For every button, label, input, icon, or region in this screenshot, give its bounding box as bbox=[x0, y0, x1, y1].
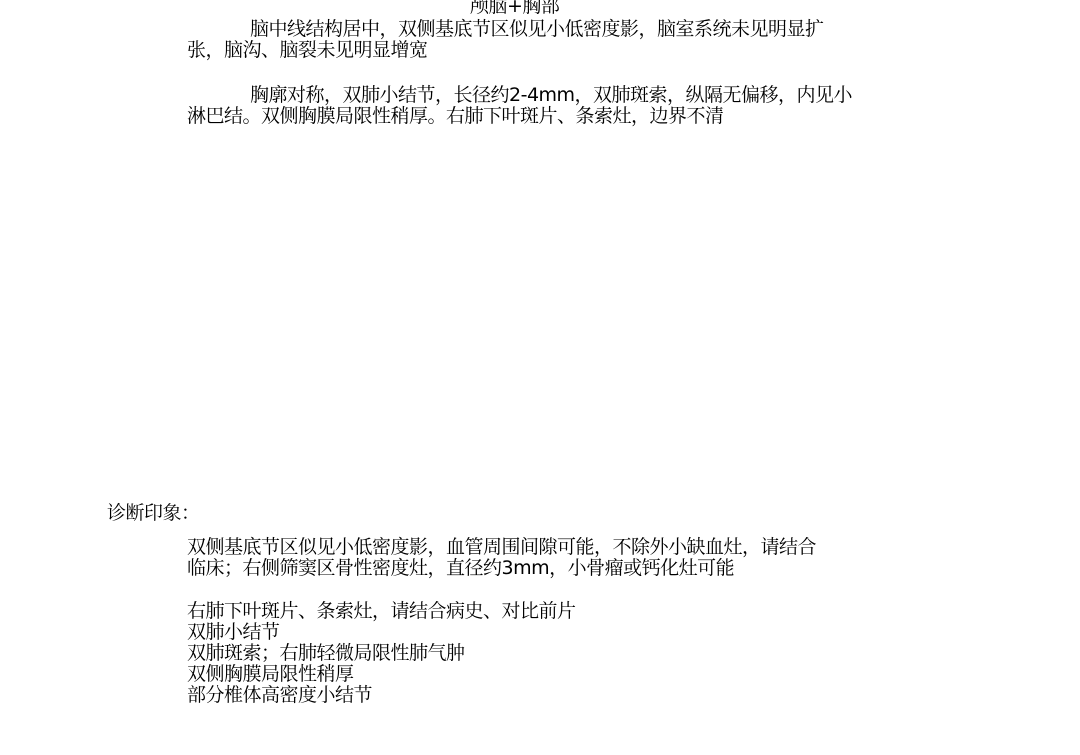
impression-brain-line-1: 双侧基底节区似见小低密度影，血管周围间隙可能，不除外小缺血灶，请结合 bbox=[187, 537, 932, 558]
findings-brain-line-1: 脑中线结构居中，双侧基底节区似见小低密度影，脑室系统未见明显扩 bbox=[187, 19, 932, 40]
impression-brain-line-2: 临床；右侧筛窦区骨性密度灶，直径约3mm，小骨瘤或钙化灶可能 bbox=[187, 558, 932, 579]
findings-brain: 脑中线结构居中，双侧基底节区似见小低密度影，脑室系统未见明显扩 张，脑沟、脑裂未… bbox=[187, 19, 932, 61]
impression-chest-line-1: 右肺下叶斑片、条索灶，请结合病史、对比前片 bbox=[187, 601, 932, 622]
impression-label: 诊断印象： bbox=[107, 503, 200, 524]
impression-chest-line-2: 双肺小结节 bbox=[187, 622, 932, 643]
section-title: 颅脑+胸部 bbox=[470, 0, 559, 17]
impression-chest-line-5: 部分椎体高密度小结节 bbox=[187, 685, 932, 706]
impression-chest-line-3: 双肺斑索；右肺轻微局限性肺气肿 bbox=[187, 643, 932, 664]
findings-brain-line-2: 张，脑沟、脑裂未见明显增宽 bbox=[187, 40, 932, 61]
impression-chest-line-4: 双侧胸膜局限性稍厚 bbox=[187, 664, 932, 685]
findings-chest: 胸廓对称，双肺小结节，长径约2-4mm，双肺斑索，纵隔无偏移，内见小 淋巴结。双… bbox=[187, 85, 932, 127]
findings-chest-line-1: 胸廓对称，双肺小结节，长径约2-4mm，双肺斑索，纵隔无偏移，内见小 bbox=[187, 85, 932, 106]
impression-brain: 双侧基底节区似见小低密度影，血管周围间隙可能，不除外小缺血灶，请结合 临床；右侧… bbox=[187, 537, 932, 579]
findings-chest-line-2: 淋巴结。双侧胸膜局限性稍厚。右肺下叶斑片、条索灶，边界不清 bbox=[187, 106, 932, 127]
impression-chest: 右肺下叶斑片、条索灶，请结合病史、对比前片 双肺小结节 双肺斑索；右肺轻微局限性… bbox=[187, 601, 932, 706]
